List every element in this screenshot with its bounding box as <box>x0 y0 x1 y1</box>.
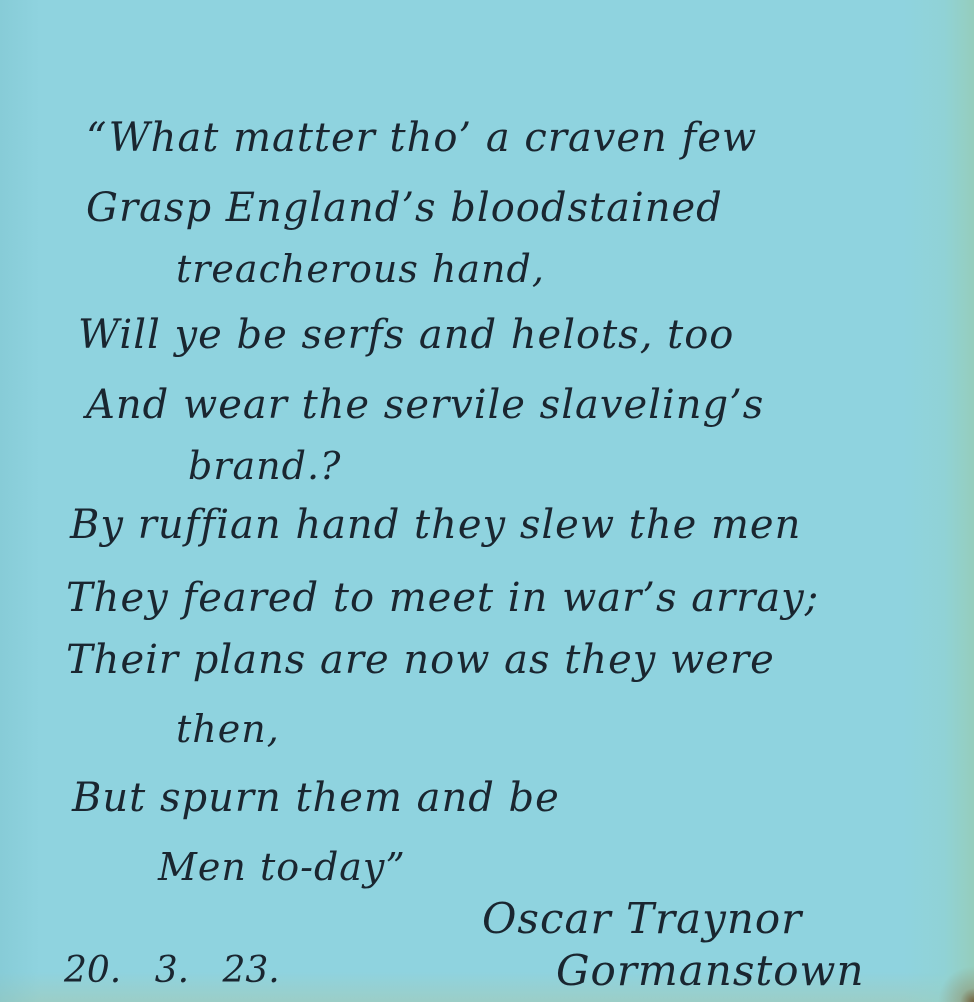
poem-line-8: They feared to meet in war’s array; <box>66 578 819 618</box>
poem-line-2: Grasp England’s bloodstained <box>86 188 723 228</box>
signature-place: Gormanstown <box>556 950 865 992</box>
poem-line-1: “What matter tho’ a craven few <box>86 118 757 158</box>
poem-line-3: treacherous hand, <box>176 250 545 288</box>
date: 20. 3. 23. <box>64 950 280 991</box>
poem-line-5: And wear the servile slaveling’s <box>86 385 764 425</box>
poem-line-6: brand.? <box>188 447 341 485</box>
poem-line-9: Their plans are now as they were <box>66 640 775 680</box>
poem-line-4: Will ye be serfs and helots, too <box>78 315 734 355</box>
poem-line-11: But spurn them and be <box>72 778 560 818</box>
poem-line-7: By ruffian hand they slew the men <box>70 505 801 545</box>
handwritten-page: “What matter tho’ a craven few Grasp Eng… <box>0 0 974 1002</box>
poem-line-10: then, <box>176 710 280 748</box>
poem-line-12: Men to-day” <box>158 848 406 886</box>
corner-stain <box>934 962 974 1002</box>
signature-name: Oscar Traynor <box>482 898 802 940</box>
